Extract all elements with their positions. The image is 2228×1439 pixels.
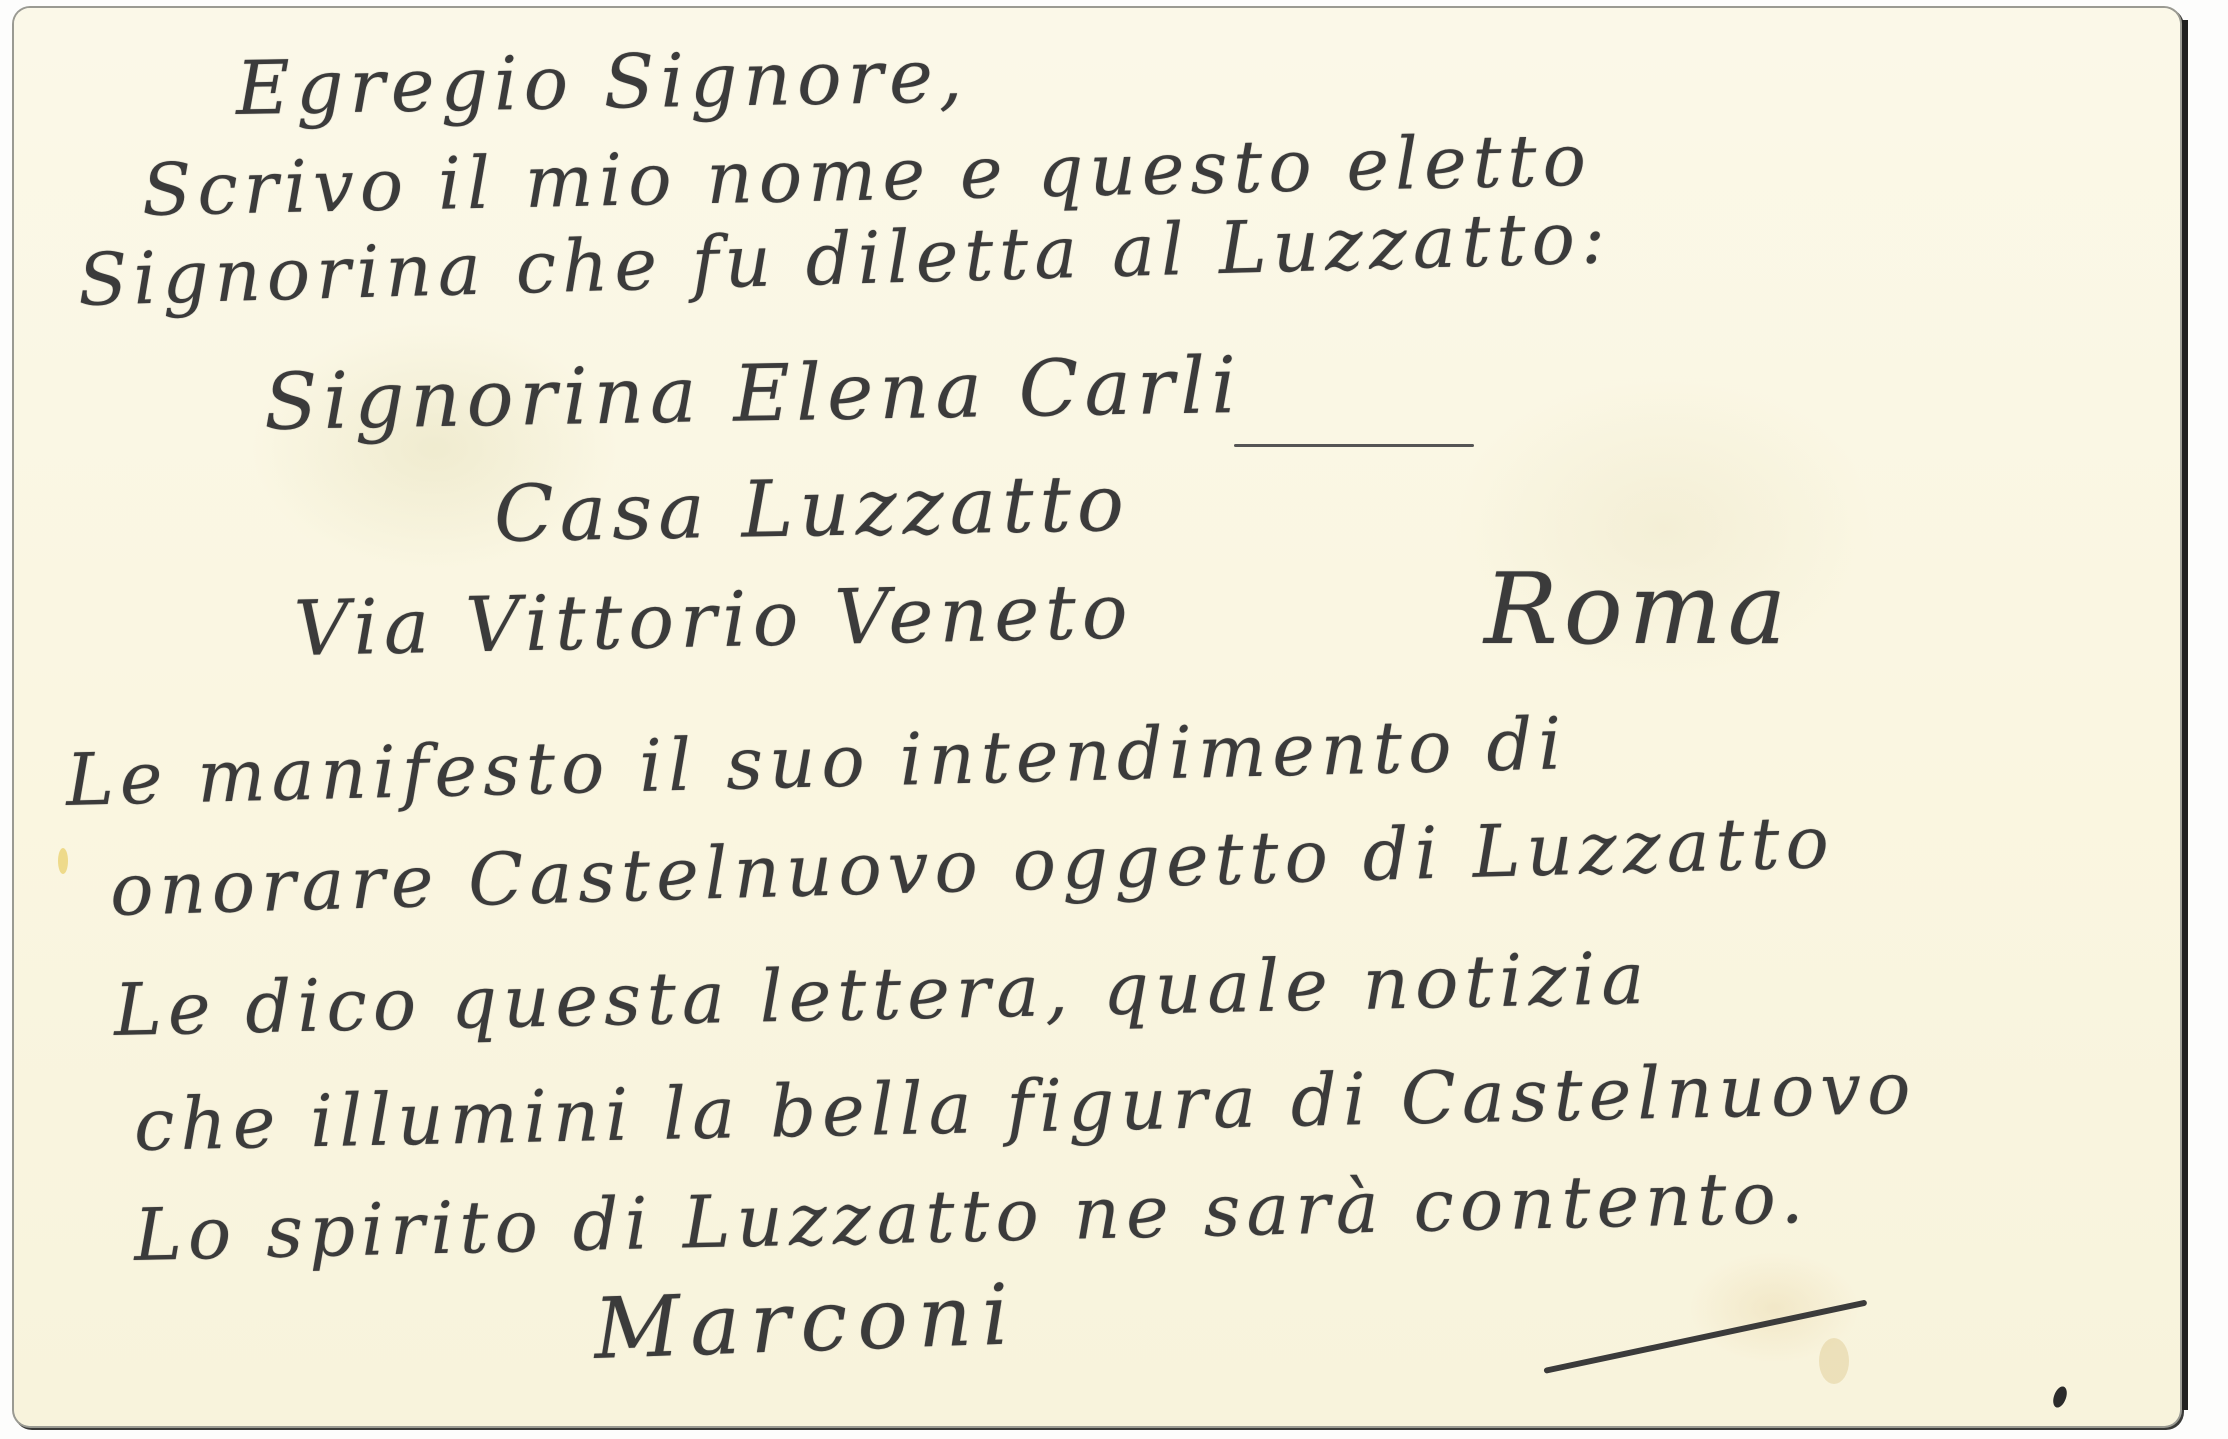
body-line-7: Lo spirito di Luzzatto ne sarà contento. <box>133 1155 1810 1277</box>
address-name-line: Signorina Elena Carli <box>263 341 1243 448</box>
ink-blot <box>2051 1385 2070 1410</box>
salutation-line: Egregio Signore, <box>235 33 969 132</box>
body-line-3: Le manifesto il suo intendimento di <box>65 701 1568 822</box>
card-edge-shadow <box>2182 20 2188 1410</box>
scan-background: Egregio Signore, Scrivo il mio nome e qu… <box>0 0 2228 1439</box>
postcard: Egregio Signore, Scrivo il mio nome e qu… <box>14 8 2180 1426</box>
paper-stain <box>58 848 68 874</box>
name-flourish <box>1234 444 1474 447</box>
body-line-6: che illumini la bella figura di Castelnu… <box>133 1046 1917 1167</box>
signature: Marconi <box>592 1265 1020 1378</box>
address-house-line: Casa Luzzatto <box>493 459 1130 560</box>
body-line-5: Le dico questa lettera, quale notizia <box>113 936 1651 1052</box>
address-street-line: Via Vittorio Veneto <box>293 566 1134 673</box>
paper-stain <box>1819 1338 1849 1384</box>
body-line-4: onorare Castelnuovo oggetto di Luzzatto <box>109 800 1836 932</box>
address-city: Roma <box>1484 553 1792 667</box>
